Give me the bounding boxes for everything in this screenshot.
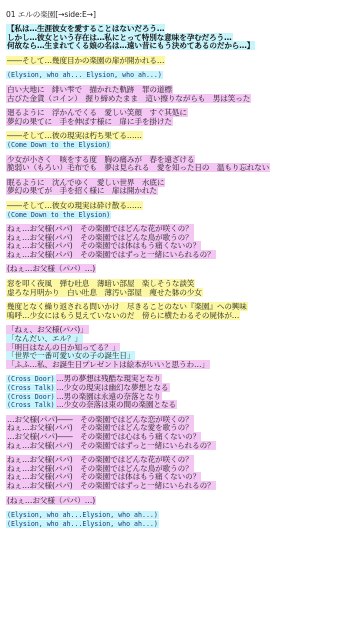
verse-line: 脆弱い（もろい）毛布でも 夢は見られる 愛を知った日の 温もり忘れない [6,163,270,172]
refrain-line: (Come Down to the Elysion) [6,211,111,219]
question-line: ねぇ…お父様(パパ) その楽園ではずっと一緒にいられるの？ [6,481,216,490]
verse-line: 夢幻の果てに 手を伸ばす様に 扉に手を掛けた [6,117,173,126]
cross-tag: (Cross Door) [6,375,56,383]
verse-block: 幾度となく繰り返される問いかけ 尽きることのない『楽園』への興味 嗚呼…少女には… [6,303,358,320]
verse-line: 廻るように 浮かんでくる 愛しい笑顔 すぐ其処に [6,108,188,117]
intro-line: 何故なら…生まれてくる娘の名は…遠い昔にもう決めてあるのだから…】 [6,41,255,50]
verse-line: 嗚呼…少女にはもう見えていないのだ 傍らに横たわるその屍体が… [6,311,240,320]
refrain-line: (Come Down to the Elysion) [6,141,111,149]
verse-block: 眠るように 沈んでゆく 愛しい世界 水底に 夢幻の果てが 手を招く様に 扉は開か… [6,179,358,196]
verse-block: 白い大地に 緋い雫で 描かれた軌跡 罪の道標 古びた金貨（コイン） 握り締めたま… [6,86,358,103]
verse-line: 古びた金貨（コイン） 握り締めたまま 這い擦りながらも 男は笑った [6,94,251,103]
chorus-line: (Elysion, who ah...Elysion, who ah...) [6,520,159,528]
question-line: ねぇ…お父様(パパ) その楽園ではどんな花が咲くの？ [6,455,194,464]
cross-text: ...少女の奈落は束の間の楽園となる [56,400,177,409]
verse-line: 白い大地に 緋い雫で 描かれた軌跡 罪の道標 [6,85,173,94]
question-line: ねぇ…お父様(パパ) その楽園ではどんな花が咲くの？ [6,224,194,233]
narration-line: ――そして…彼女の現実は砕け散る…… [6,201,143,210]
cross-tag: (Cross Door) [6,393,56,401]
verse-line: 虚ろな月明かり 白い吐息 薄汚い部屋 痩せた躰の少女 [6,288,203,297]
verse-line: 窓を叩く夜風 弾む吐息 薄暗い部屋 楽しそうな談笑 [6,279,195,288]
call-line: (ねぇ…お父様（パパ）…) [6,496,96,505]
lyrics-page: 01 エルの楽園[→side:E→] 【私は…生涯彼女を愛することはないだろう…… [6,10,358,534]
question-line: ねぇ…お父様(パパ) その楽園ではずっと一緒にいられるの？ [6,250,216,259]
dialogue-line: 「ふふ…私、お誕生日プレゼントは絵本がいいと思うわ…」 [6,360,210,369]
dialogue-line: 「世界で一番可愛い女の子の誕生日」 [6,351,135,360]
intro-line: 【私は…生涯彼女を愛することはないだろう… [6,24,165,33]
question-line: ねぇ…お父様(パパ) その楽園では体はもう痛くないの？ [6,472,201,481]
song-title: 01 エルの楽園[→side:E→] [6,10,358,19]
chorus-block: (Elysion, who ah...Elysion, who ah...) (… [6,511,358,528]
narration-line: ――そして…幾度目かの楽園の扉が開かれる… [6,56,165,65]
chorus-line: (Elysion, who ah...Elysion, who ah...) [6,511,159,519]
questions-block: …お父様(パパ)―― その楽園ではどんな恋が咲くの？ ねぇ…お父様(パパ) その… [6,416,358,450]
verse-line: 夢幻の果てが 手を招く様に 扉は開かれた [6,186,158,195]
verse-block: 窓を叩く夜風 弾む吐息 薄暗い部屋 楽しそうな談笑 虚ろな月明かり 白い吐息 薄… [6,280,358,297]
cross-block: (Cross Door)...男の夢想は残酷な現実となり (Cross Talk… [6,375,358,409]
question-line: ねぇ…お父様(パパ) その楽園ではずっと一緒にいられるの？ [6,441,216,450]
verse-block: 廻るように 浮かんでくる 愛しい笑顔 すぐ其処に 夢幻の果てに 手を伸ばす様に … [6,109,358,126]
questions-block: ねぇ…お父様(パパ) その楽園ではどんな花が咲くの？ ねぇ…お父様(パパ) その… [6,225,358,259]
questions-block: ねぇ…お父様(パパ) その楽園ではどんな花が咲くの？ ねぇ…お父様(パパ) その… [6,456,358,490]
intro-block: 【私は…生涯彼女を愛することはないだろう… しかし…彼女という存在は…私にとって… [6,25,358,51]
narration-line: ――そして…彼の現実は朽ち果てる…… [6,131,143,140]
question-line: ねぇ…お父様(パパ) その楽園では体はもう痛くないの？ [6,241,201,250]
cross-tag: (Cross Talk) [6,384,56,392]
cross-text: ...少女の現実は幽幻な夢想となる [56,383,170,392]
cross-tag: (Cross Talk) [6,401,56,409]
question-line: …お父様(パパ)―― その楽園では心はもう痛くないの？ [6,432,201,441]
dialogue-line: 「なんだい、エル？」 [6,334,83,343]
call-line: (ねぇ…お父様（パパ）…) [6,264,96,273]
verse-block: 少女が小さく 咳をする度 胸の痛みが 春を遠ざける 脆弱い（もろい）毛布でも 夢… [6,156,358,173]
dialogue-block: 「ねぇ、お父様(パパ)」 「なんだい、エル？」 「明日はなんの日か知ってる？」 … [6,326,358,369]
verse-line: 幾度となく繰り返される問いかけ 尽きることのない『楽園』への興味 [6,302,248,311]
chorus-line: (Elysion, who ah... Elysion, who ah...) [6,71,163,79]
